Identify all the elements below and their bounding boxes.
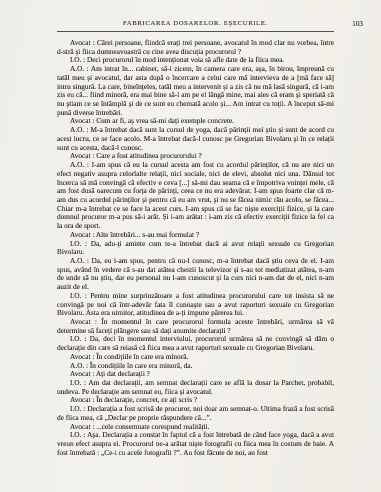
- paragraph-text: Pentru mine surprinzătoare a fost atitud…: [57, 291, 334, 317]
- paragraph-text: Cum ar fi, aș vrea să-mi dați exemple co…: [96, 116, 234, 125]
- speaker-label: Avocat :: [70, 151, 94, 160]
- speaker-label: Avocat :: [70, 230, 94, 239]
- paragraph-text: Declarația a fost scrisă de procuror, no…: [57, 404, 334, 422]
- paragraph-text: Am intrat în... cabinet, să-i zicem, în …: [57, 64, 334, 117]
- speaker-label: Avocat :: [70, 395, 94, 404]
- speaker-label: Avocat :: [70, 317, 97, 326]
- running-head-title: FABRICAREA DOSARELOR. EȘECURILE.: [57, 20, 334, 27]
- page-number: 103: [352, 20, 363, 28]
- header-rule: [57, 31, 334, 32]
- paragraph-text: Deci procurorul în mod intenționat voia …: [87, 55, 284, 64]
- speaker-label: I.O. :: [70, 334, 87, 343]
- dialogue-paragraph: Avocat : Cărei persoane, fiindcă erați t…: [57, 39, 334, 56]
- speaker-label: I.O. :: [70, 378, 86, 387]
- dialogue-paragraph: A.O. : Da, eu i-am spus, pentru că nu-l …: [57, 257, 334, 292]
- paragraph-text: În condițiile în care era minoră.: [96, 352, 188, 361]
- paragraph-text: Da, eu i-am spus, pentru că nu-l cunosc,…: [57, 256, 334, 291]
- speaker-label: A.O. :: [70, 160, 89, 169]
- speaker-label: A.O. :: [70, 256, 89, 265]
- paragraph-text: I-am spus că eu la cursul acesta am fost…: [57, 160, 334, 230]
- paragraph-text: Cărei persoane, fiindcă erați trei perso…: [57, 38, 334, 56]
- paragraph-text: Ați dat declarații ?: [96, 369, 150, 378]
- paragraph-text: În momentul în care procurorul formula a…: [57, 317, 334, 335]
- speaker-label: I.O. :: [70, 239, 87, 248]
- dialogue-paragraph: A.O. : I-am spus că eu la cursul acesta …: [57, 161, 334, 231]
- paragraph-text: Așa. Declarația a constat în faptul că a…: [57, 430, 334, 456]
- speaker-label: I.O. :: [70, 291, 87, 300]
- dialogue-paragraph: I.O. : Așa. Declarația a constat în fapt…: [57, 431, 334, 457]
- dialogue-text-block: Avocat : Cărei persoane, fiindcă erați t…: [57, 39, 334, 458]
- speaker-label: A.O. :: [70, 125, 88, 134]
- speaker-label: I.O. :: [70, 55, 85, 64]
- paragraph-text: În condițiile în care era minoră, da.: [90, 361, 193, 370]
- speaker-label: A.O. :: [70, 361, 88, 370]
- paragraph-text: ...cele consemnate corespund realității.: [96, 422, 209, 431]
- speaker-label: Avocat :: [70, 422, 94, 431]
- paragraph-text: Da, adu-ți aminte cum te-a întrebat dacă…: [57, 239, 334, 257]
- speaker-label: Avocat :: [70, 38, 95, 47]
- speaker-label: I.O. :: [70, 430, 85, 439]
- paragraph-text: M-a întrebat dacă sunt la cursul de yoga…: [57, 125, 334, 151]
- paragraph-text: În declarație, concret, ce ați scris ?: [96, 395, 197, 404]
- book-page: FABRICAREA DOSARELOR. EȘECURILE. 103 Avo…: [0, 0, 381, 492]
- paragraph-text: Da, deci în momentul interviului, procur…: [57, 334, 334, 352]
- speaker-label: Avocat :: [70, 116, 94, 125]
- paragraph-text: Alte întrebări... s-au mai formulat ?: [96, 230, 199, 239]
- dialogue-paragraph: Avocat : În momentul în care procurorul …: [57, 318, 334, 335]
- speaker-label: Avocat :: [70, 369, 94, 378]
- dialogue-paragraph: I.O. : Da, deci în momentul interviului,…: [57, 335, 334, 352]
- paragraph-text: Care a fost atitudinea procurorului ?: [96, 151, 202, 160]
- dialogue-paragraph: A.O. : Am intrat în... cabinet, să-i zic…: [57, 65, 334, 117]
- dialogue-paragraph: I.O. : Declarația a fost scrisă de procu…: [57, 405, 334, 422]
- dialogue-paragraph: I.O. : Da, adu-ți aminte cum te-a întreb…: [57, 240, 334, 257]
- page-header: FABRICAREA DOSARELOR. EȘECURILE. 103: [0, 20, 381, 34]
- speaker-label: A.O. :: [70, 64, 89, 73]
- speaker-label: I.O. :: [70, 404, 85, 413]
- speaker-label: Avocat :: [70, 352, 94, 361]
- paragraph-text: Am dat declarații, am semnat declarații …: [57, 378, 334, 396]
- dialogue-paragraph: A.O. : M-a întrebat dacă sunt la cursul …: [57, 126, 334, 152]
- dialogue-paragraph: I.O. : Pentru mine surprinzătoare a fost…: [57, 292, 334, 318]
- dialogue-paragraph: I.O. : Am dat declarații, am semnat decl…: [57, 379, 334, 396]
